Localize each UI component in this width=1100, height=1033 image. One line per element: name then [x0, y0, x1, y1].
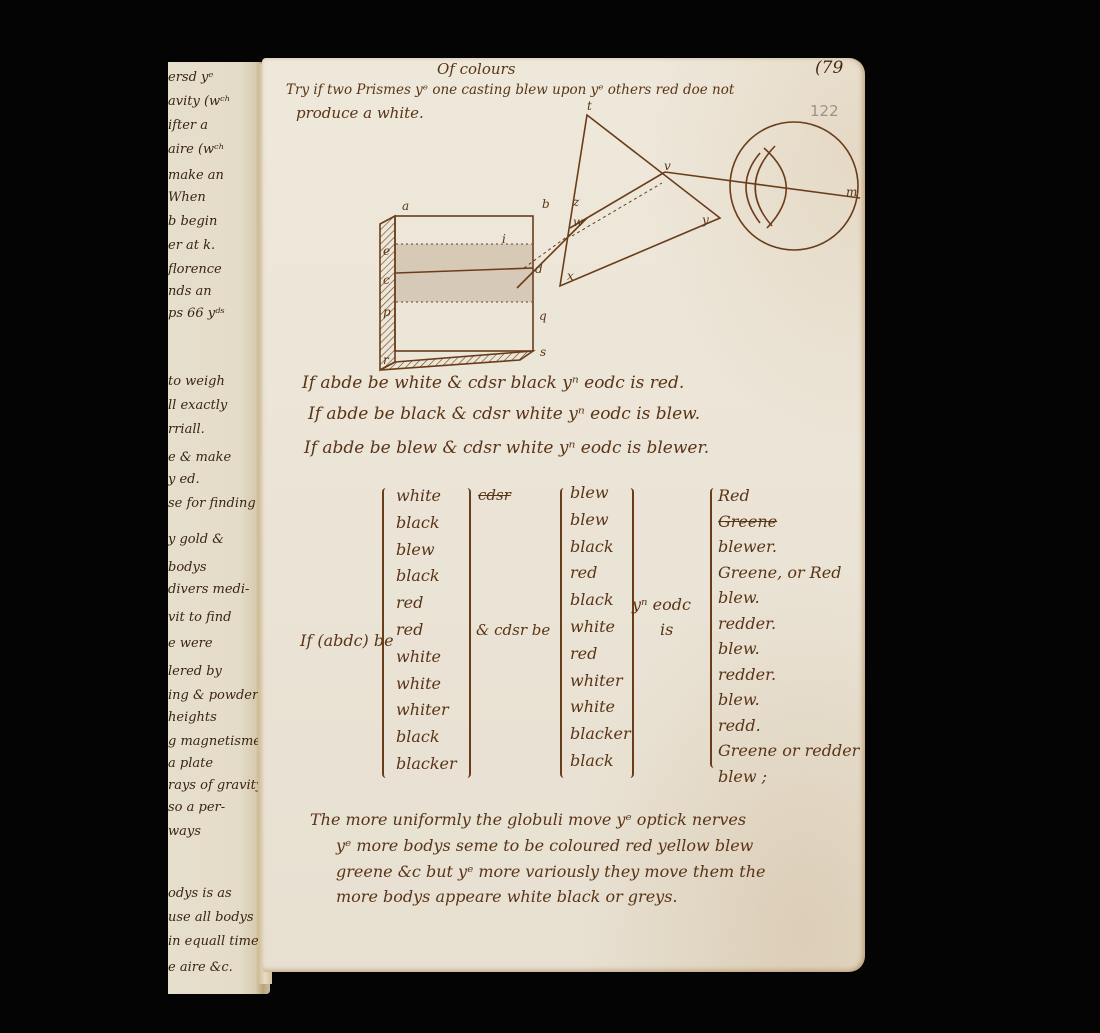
conclusion-line-3: greene &c but yᵉ more variously they mov…	[336, 862, 766, 881]
table-cell: whiter	[396, 700, 449, 719]
table-cell: red	[396, 593, 423, 612]
label-t: t	[587, 99, 592, 113]
left-page-line: divers medi-	[168, 582, 249, 597]
table-cell: red	[570, 563, 597, 582]
table-cell: redd.	[718, 716, 761, 735]
table-cell: white	[396, 647, 441, 666]
brace-right-1	[467, 488, 471, 778]
label-v: v	[664, 159, 671, 173]
conclusion-line-4: more bodys appeare white black or greys.	[336, 887, 678, 906]
label-p: p	[383, 305, 391, 319]
card-left-border	[380, 216, 395, 370]
table-cell: white	[570, 697, 615, 716]
conclusion-line-2: yᵉ more bodys seme to be coloured red ye…	[336, 836, 753, 855]
left-page-line: aire (wᶜʰ	[168, 142, 224, 157]
table-cell: Greene, or Red	[718, 563, 841, 582]
rule-2: If abde be black & cdsr white yⁿ eodc is…	[308, 404, 700, 424]
right-page-folio-79: Of colours (79 122 Try if two Prismes yᵉ…	[262, 58, 865, 972]
table-cell: black	[570, 590, 614, 609]
left-page-line: er at k.	[168, 238, 215, 253]
left-page-line: to weigh	[168, 374, 225, 389]
label-d: d	[535, 262, 543, 276]
brace-left-3	[710, 488, 714, 768]
label-a: a	[402, 199, 409, 213]
table-cell: blewer.	[718, 537, 777, 556]
left-page-line: avity (wᶜʰ	[168, 94, 230, 109]
brace-left-1	[382, 488, 386, 778]
left-page-line: g magnetisme.	[168, 734, 265, 749]
left-page-line: y gold &	[168, 532, 224, 547]
prism-triangle	[560, 115, 720, 286]
table-cell: blew.	[718, 588, 760, 607]
left-page-line: e aire &c.	[168, 960, 233, 975]
struck-word-cdsr: cdsr	[478, 486, 511, 504]
table-cell: blew	[396, 540, 435, 559]
left-page-line: ersd yᵉ	[168, 70, 213, 85]
table-cell: Red	[718, 486, 750, 505]
card-bottom-border	[380, 351, 533, 370]
table-cell: white	[570, 617, 615, 636]
result-label-2: is	[660, 620, 673, 639]
left-page-line: bodys	[168, 560, 207, 575]
left-page-line: florence	[168, 262, 222, 277]
table-cell: Greene or redder	[718, 741, 859, 760]
table-cell: blacker	[396, 754, 457, 773]
conclusion-line-1: The more uniformly the globuli move yᵉ o…	[310, 810, 746, 829]
rule-1: If abde be white & cdsr black yⁿ eodc is…	[302, 373, 684, 393]
table-cell: red	[570, 644, 597, 663]
result-label-1: yⁿ eodc	[632, 595, 691, 614]
table-cell: blew.	[718, 639, 760, 658]
left-facing-page: ersd yᵉavity (wᶜʰifter aaire (wᶜʰmake an…	[168, 62, 270, 994]
table-cell: redder.	[718, 614, 776, 633]
label-z: z	[572, 195, 580, 209]
table-cell: blew	[570, 510, 609, 529]
left-page-line: ways	[168, 824, 201, 839]
label-c: c	[383, 273, 390, 287]
table-cell: black	[396, 727, 440, 746]
left-page-line: so a per-	[168, 800, 225, 815]
table-mid-label: & cdsr be	[476, 621, 550, 639]
left-page-line: in equall times	[168, 934, 265, 949]
table-prefix: If (abdc) be	[300, 631, 394, 650]
table-cell: Greene	[718, 512, 777, 531]
label-m: m	[846, 185, 857, 199]
table-cell: blacker	[570, 724, 631, 743]
left-page-line: rriall.	[168, 422, 205, 437]
left-page-line: se for finding	[168, 496, 256, 511]
table-cell: black	[570, 751, 614, 770]
label-y: y	[701, 213, 709, 227]
label-b: b	[542, 197, 550, 211]
table-cell: whiter	[570, 671, 623, 690]
left-page-line: e & make	[168, 450, 231, 465]
table-cell: black	[396, 566, 440, 585]
table-cell: white	[396, 486, 441, 505]
table-cell: black	[396, 513, 440, 532]
table-cell: blew.	[718, 690, 760, 709]
left-page-line: vit to find	[168, 610, 231, 625]
table-cell: black	[570, 537, 614, 556]
left-page-line: ps 66 yᵈˢ	[168, 306, 225, 321]
table-cell: red	[396, 620, 423, 639]
left-page-line: a plate	[168, 756, 213, 771]
table-cell: redder.	[718, 665, 776, 684]
left-page-line: make an	[168, 168, 224, 183]
left-page-line: odys is as	[168, 886, 232, 901]
brace-right-2	[630, 488, 634, 778]
eye-globe	[730, 122, 858, 250]
prism-eye-diagram: t v y x m z w a b e c p r s q d i	[262, 58, 865, 388]
label-e: e	[383, 244, 390, 258]
left-page-line: ifter a	[168, 118, 208, 133]
left-page-line: b begin	[168, 214, 217, 229]
left-page-line: ll exactly	[168, 398, 227, 413]
left-page-line: heights	[168, 710, 217, 725]
label-w: w	[573, 215, 584, 229]
label-i: i	[502, 232, 506, 246]
table-cell: white	[396, 674, 441, 693]
left-page-line: e were	[168, 636, 213, 651]
table-cell: blew	[570, 483, 609, 502]
rule-3: If abde be blew & cdsr white yⁿ eodc is …	[304, 438, 709, 458]
left-page-line: When	[168, 190, 206, 205]
left-page-line: ing & powder	[168, 688, 258, 703]
left-page-line: rays of gravity	[168, 778, 263, 793]
left-page-line: use all bodys	[168, 910, 254, 925]
brace-left-2	[560, 488, 564, 778]
label-q: q	[539, 309, 547, 323]
left-page-line: y ed.	[168, 472, 200, 487]
label-x: x	[567, 269, 574, 283]
label-s: s	[540, 345, 546, 359]
left-page-line: nds an	[168, 284, 212, 299]
left-page-line: lered by	[168, 664, 222, 679]
table-cell: blew ;	[718, 767, 767, 786]
